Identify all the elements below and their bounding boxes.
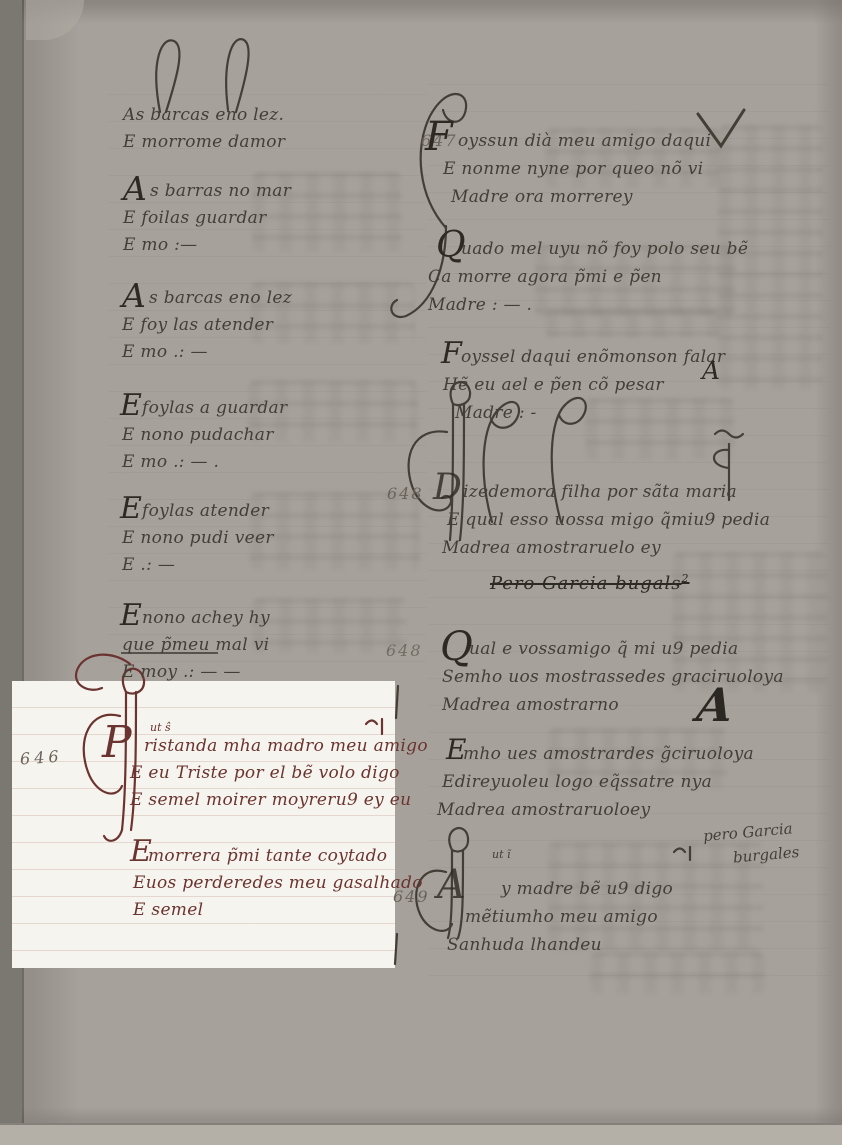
- right-stanza-6: E mho ues amostrardes g̃ciruoloya Edirey…: [442, 740, 754, 824]
- verse-line: E eu Triste por el bẽ volo digo: [130, 760, 428, 787]
- stanza-initial: F: [441, 339, 462, 369]
- verse-line: Euos perderedes meu gasalhado: [133, 870, 423, 897]
- verse-line: foylas a guardar: [122, 395, 287, 422]
- left-stanza-7-highlighted: P ristanda mha madro meu amigo E eu Tris…: [130, 733, 428, 814]
- verse-line: foylas atender: [122, 498, 274, 525]
- stanza-initial: D: [433, 470, 462, 506]
- rubric-superscript: 2: [682, 572, 690, 585]
- a-outline-mark: A: [702, 356, 720, 385]
- verse-line: Madre : -: [455, 399, 725, 427]
- stanza-initial: Q: [440, 627, 473, 667]
- verse-line: s barras no mar: [123, 178, 291, 205]
- stanza-initial: A: [122, 279, 146, 312]
- bleed-through-patch: [250, 492, 420, 570]
- verse-line: Hẽ eu ael e p̃en cõ pesar: [443, 371, 725, 399]
- rubric-text: Pero Garcia bugals: [490, 573, 682, 594]
- verse-line: E semel: [133, 897, 423, 924]
- verse-line: Ca morre agora p̃mi e p̃en: [428, 263, 748, 291]
- stanza-initial: Q: [436, 228, 466, 264]
- a-filled-mark: A: [694, 678, 735, 732]
- verse-line: ual e vossamigo q̃ mi u9 pedia: [442, 635, 784, 663]
- margin-number-648b: 648: [386, 641, 423, 660]
- stanza-initial: E: [120, 494, 142, 524]
- margin-note-pero-garcia: pero Garcia burgales: [702, 816, 800, 872]
- verse-line: E qual esso uossa migo q̃miu9 pedia: [447, 506, 770, 534]
- verse-line: E mo .: —: [122, 339, 292, 366]
- left-stanza-5: E foylas atender E nono pudi veer E .: —: [122, 498, 274, 579]
- verse-line: E nonme nyne por queo nõ vi: [443, 155, 711, 183]
- left-stanza-3: A s barcas eno lez E foy las atender E m…: [122, 285, 292, 366]
- margin-number-648: 648: [387, 484, 424, 503]
- manuscript-scan: As barcas eno lez. E morrome damor A s b…: [0, 0, 842, 1145]
- right-stanza-1: 647 F oyssun dià meu amigo daqui E nonme…: [443, 127, 711, 211]
- right-stanza-2: Q uado mel uyu nõ foy polo seu bẽ Ca mor…: [428, 235, 748, 319]
- verse-line: E semel moirer moyreru9 ey eu: [130, 787, 428, 814]
- verse-line: nono achey hy: [122, 605, 270, 632]
- verse-line: Edireyuoleu logo eq̃ssatre nya: [442, 768, 754, 796]
- verse-line: Sanhuda lhandeu: [447, 931, 673, 959]
- stanza-initial: E: [120, 391, 142, 421]
- margin-number-649: 649: [393, 887, 430, 906]
- stanza-initial: P: [102, 721, 132, 765]
- verse-line: oyssun dià meu amigo daqui: [443, 127, 711, 155]
- verse-line: y madre bẽ u9 digo: [465, 875, 673, 903]
- verse-line: mho ues amostrardes g̃ciruoloya: [442, 740, 754, 768]
- verse-line: E moy .: — —: [122, 659, 270, 686]
- verse-line: Madrea amostraruelo ey: [442, 534, 770, 562]
- left-stanza-1: As barcas eno lez. E morrome damor: [123, 102, 285, 156]
- right-stanza-4: 648 D izedemora filha por sãta maria E q…: [447, 478, 770, 562]
- page-bottom-edge: [0, 1123, 842, 1145]
- verse-line: E nono pudi veer: [122, 525, 274, 552]
- right-stanza-3: F oyssel daqui enõmonson falar Hẽ eu ael…: [443, 343, 725, 427]
- verse-line: s barcas eno lez: [122, 285, 292, 312]
- verse-line: ristanda mha madro meu amigo: [130, 733, 428, 760]
- stanza-initial: F: [425, 117, 453, 157]
- verse-line: E foy las atender: [122, 312, 292, 339]
- verse-line: Madre : — .: [428, 291, 748, 319]
- verse-line: mẽtiumho meu amigo: [465, 903, 673, 931]
- word-underline: [121, 652, 218, 654]
- stanza-initial: E: [446, 736, 467, 764]
- verse-line: E mo :—: [123, 232, 291, 259]
- left-stanza-2: A s barras no mar E foilas guardar E mo …: [123, 178, 291, 259]
- verse-line: oyssel daqui enõmonson falar: [443, 343, 725, 371]
- verse-line: uado mel uyu nõ foy polo seu bẽ: [428, 235, 748, 263]
- ut-supra-mark: ut ĩ: [492, 848, 511, 861]
- stanza-initial: A: [437, 865, 466, 905]
- verse-line: E mo .: — .: [122, 449, 287, 476]
- right-stanza-7: 649 A y madre bẽ u9 digo mẽtiumho meu am…: [465, 875, 673, 959]
- crossed-out-rubric: Pero Garcia bugals2: [490, 572, 690, 594]
- stanza-initial: E: [130, 837, 152, 867]
- margin-number-646: 646: [19, 747, 63, 769]
- verse-line: que p̃meu mal vi: [122, 632, 270, 659]
- verse-line: As barcas eno lez.: [123, 102, 285, 129]
- verse-line: E morrome damor: [123, 129, 285, 156]
- left-stanza-6: E nono achey hy que p̃meu mal vi E moy .…: [122, 605, 270, 686]
- bleed-through-patch: [252, 598, 407, 653]
- verse-line: E foilas guardar: [123, 205, 291, 232]
- verse-line: Madre ora morrerey: [451, 183, 711, 211]
- left-stanza-4: E foylas a guardar E nono pudachar E mo …: [122, 395, 287, 476]
- ut-supra-mark: ut ŝ: [150, 721, 171, 734]
- verse-line: E .: —: [122, 552, 274, 579]
- stanza-initial: A: [123, 172, 147, 205]
- left-stanza-8-highlighted: E morrera p̃mi tante coytado Euos perder…: [133, 843, 423, 924]
- highlighted-region: [12, 681, 395, 968]
- verse-line: morrera p̃mi tante coytado: [133, 843, 423, 870]
- verse-line: E nono pudachar: [122, 422, 287, 449]
- verse-line: Madrea amostraruoloey: [437, 796, 754, 824]
- verse-line: izedemora filha por sãta maria: [447, 478, 770, 506]
- stanza-initial: E: [120, 601, 142, 631]
